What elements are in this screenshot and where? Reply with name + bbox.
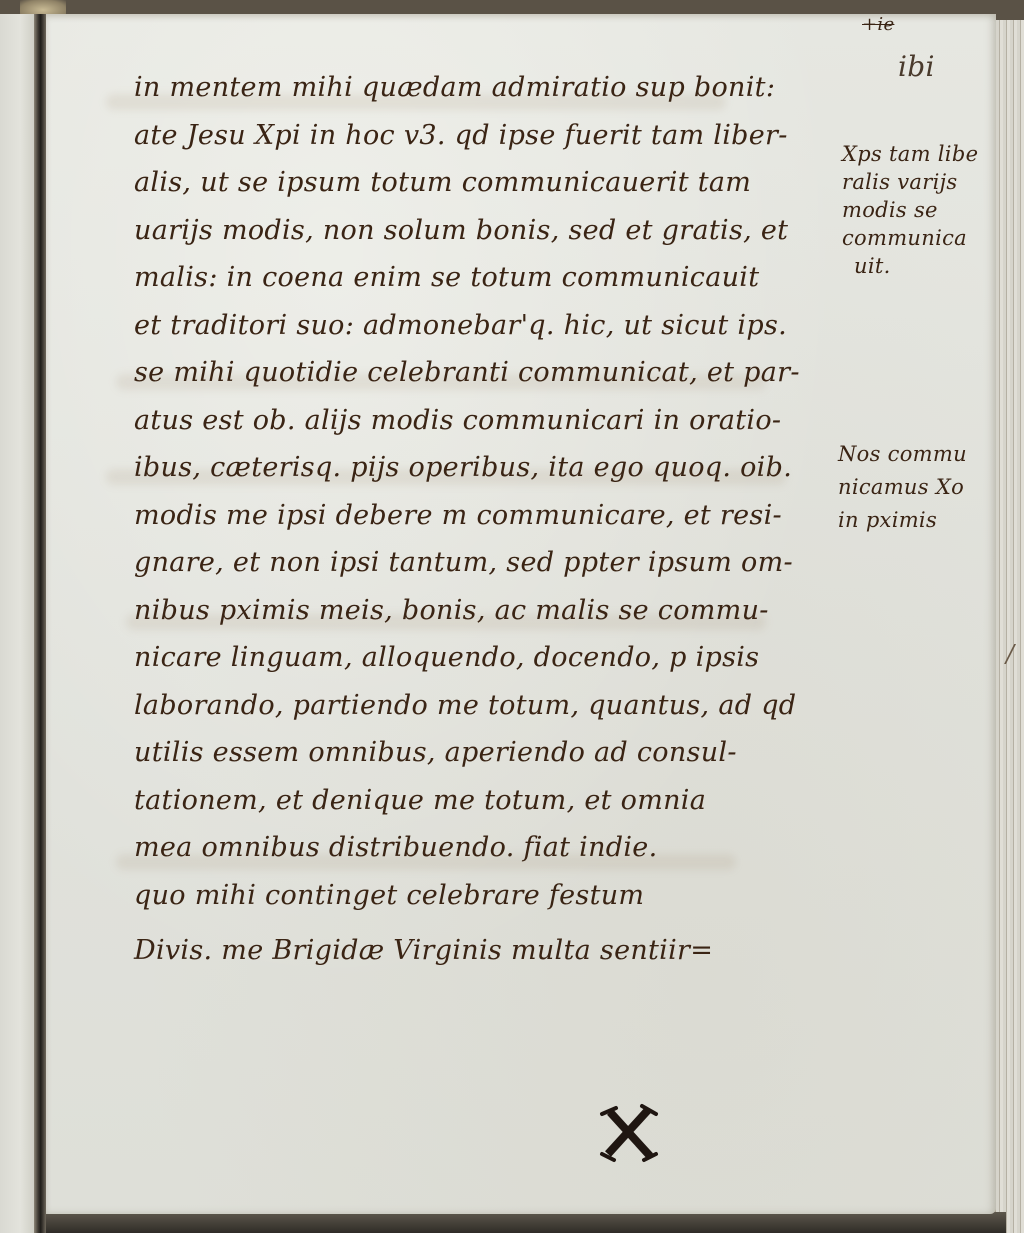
- manuscript-scene: +ie ibi in mentem mihi quædam admiratio …: [0, 0, 1024, 1233]
- note-line: modis se: [842, 196, 978, 224]
- text-line: se mihi quotidie celebranti communicat, …: [134, 349, 834, 397]
- text-line: nicare linguam, alloquendo, docendo, p i…: [134, 634, 834, 682]
- edge-mark: /: [1006, 640, 1014, 668]
- page-reference: ibi: [898, 50, 935, 83]
- text-line: atus est ob. alijs modis communicari in …: [134, 397, 834, 445]
- note-line: uit.: [842, 252, 978, 280]
- text-line: utilis essem omnibus, aperiendo ad consu…: [134, 729, 834, 777]
- page-edge-stack: [994, 20, 1024, 1233]
- cross-mark-icon: [598, 1102, 660, 1164]
- text-line: modis me ipsi debere m communicare, et r…: [134, 492, 834, 540]
- text-line: malis: in coena enim se totum communicau…: [134, 254, 834, 302]
- marginal-note-1: Xps tam libe ralis varijs modis se commu…: [842, 140, 978, 280]
- note-line: Nos commu: [838, 438, 967, 471]
- text-line: et traditori suo: admonebar'q. hic, ut s…: [134, 302, 834, 350]
- note-line: nicamus Xo: [838, 471, 967, 504]
- binding-gutter: [34, 14, 46, 1233]
- text-line: alis, ut se ipsum totum communicauerit t…: [134, 159, 834, 207]
- text-line: ate Jesu Xpi in hoc v3. qd ipse fuerit t…: [134, 112, 834, 160]
- text-line: quo mihi continget celebrare festum: [134, 872, 834, 920]
- note-line: ralis varijs: [842, 168, 978, 196]
- bottom-shadow: [46, 1212, 1006, 1233]
- note-line: Xps tam libe: [842, 140, 978, 168]
- text-line: Divis. me Brigidæ Virginis multa sentiir…: [134, 927, 834, 975]
- body-text: in mentem mihi quædam admiratio sup boni…: [134, 64, 834, 975]
- marginal-note-2: Nos commu nicamus Xo in pximis: [838, 438, 967, 537]
- text-line: uarijs modis, non solum bonis, sed et gr…: [134, 207, 834, 255]
- struck-mark: +ie: [862, 14, 894, 35]
- previous-leaf-edge: [0, 14, 34, 1233]
- text-line: ibus, cæterisq. pijs operibus, ita ego q…: [134, 444, 834, 492]
- text-line: laborando, partiendo me totum, quantus, …: [134, 682, 834, 730]
- note-line: in pximis: [838, 504, 967, 537]
- text-line: tationem, et denique me totum, et omnia: [134, 777, 834, 825]
- text-line: mea omnibus distribuendo. fiat indie.: [134, 824, 834, 872]
- text-line: nibus pximis meis, bonis, ac malis se co…: [134, 587, 834, 635]
- text-line: in mentem mihi quædam admiratio sup boni…: [134, 64, 834, 112]
- note-line: communica: [842, 224, 978, 252]
- text-line: gnare, et non ipsi tantum, sed ppter ips…: [134, 539, 834, 587]
